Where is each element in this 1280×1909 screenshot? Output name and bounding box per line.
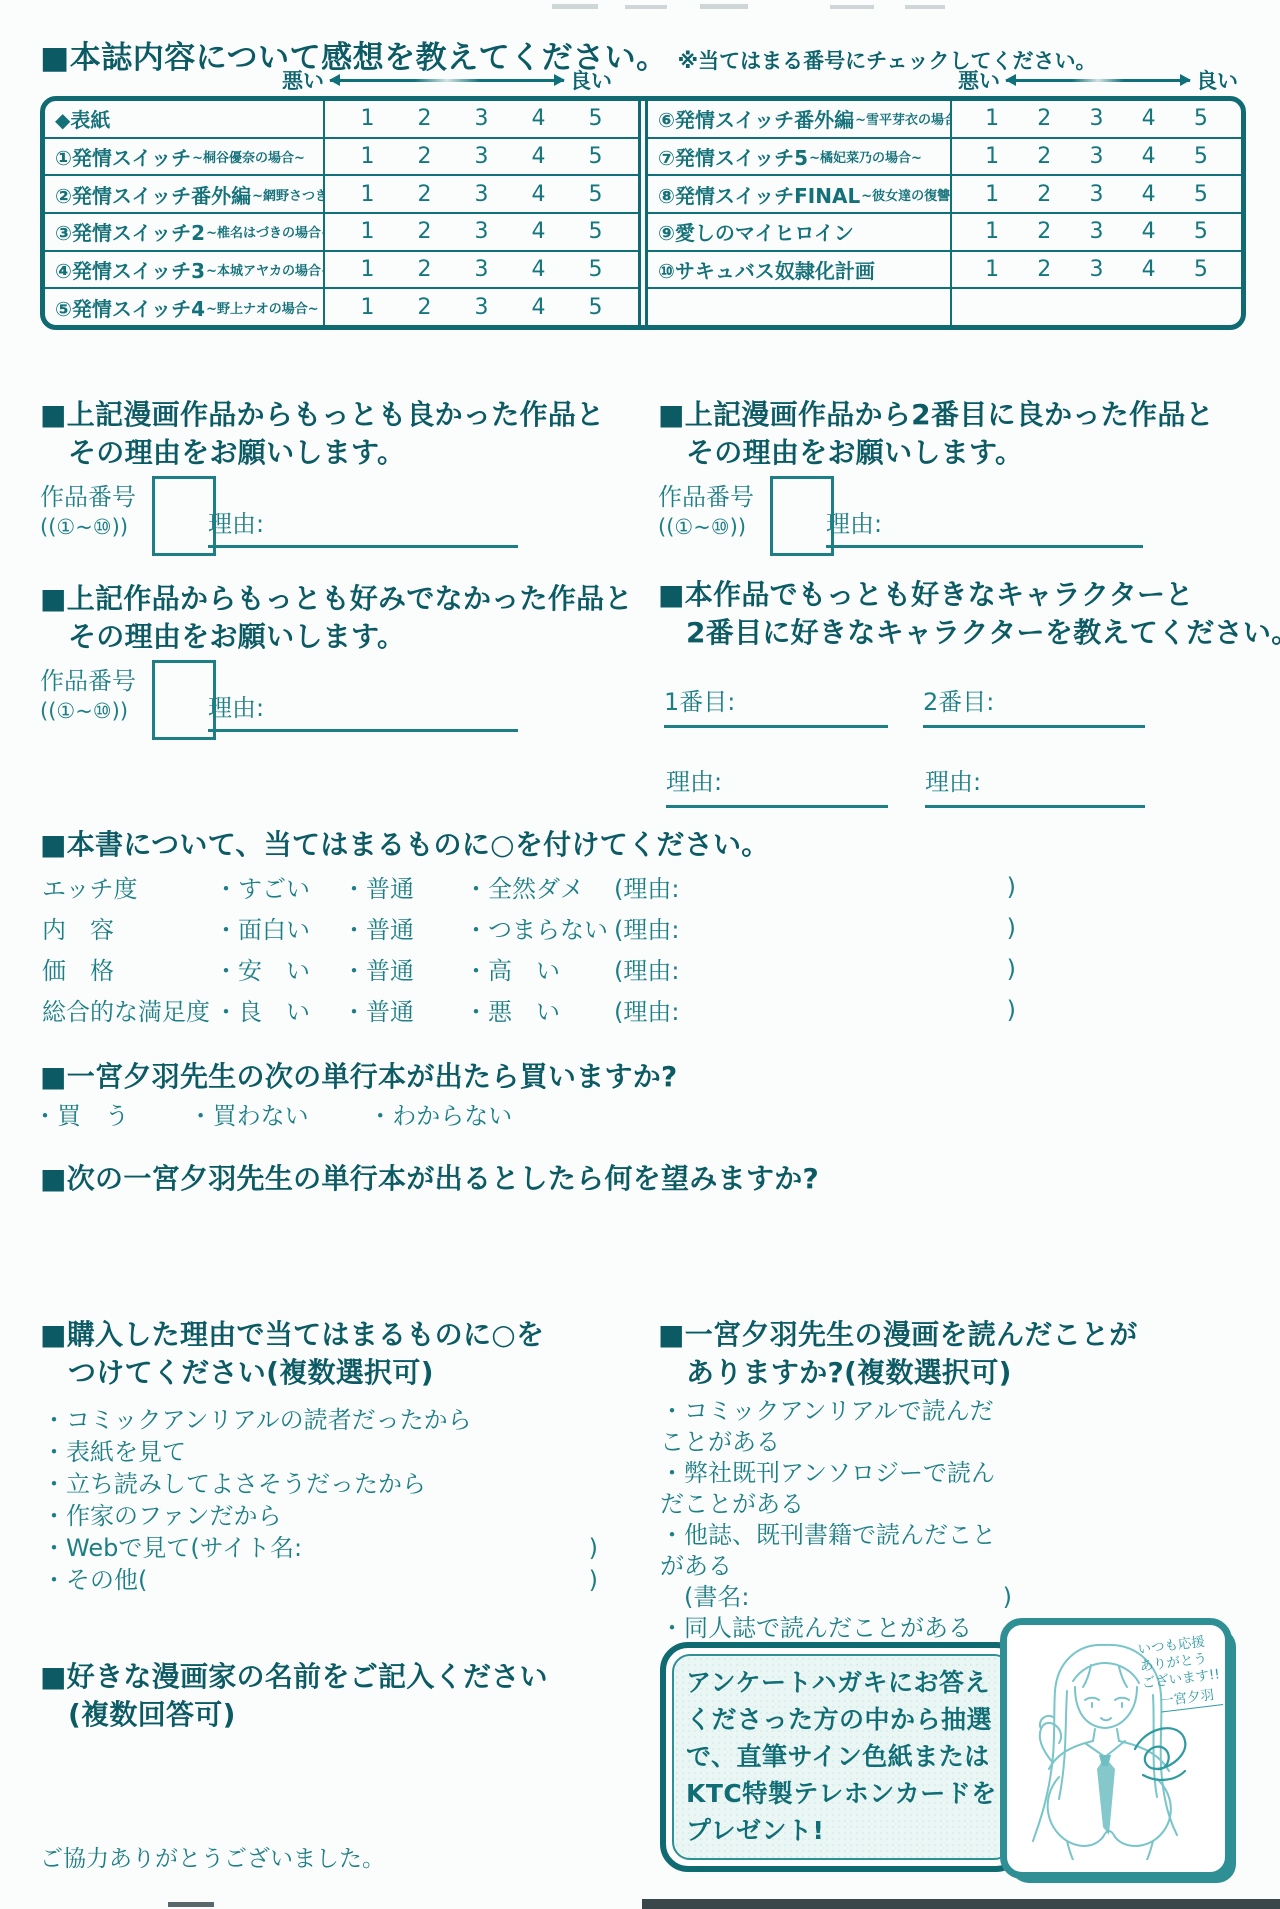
work-number-group-second: 作品番号 ((①~⑩)) 理由: [658,476,1143,550]
work-number-label: 作品番号 ((①~⑩)) [658,482,754,542]
rating-category: エッチ度 [42,869,214,904]
row-title: ⑦発情スイッチ5 [658,142,808,171]
row-title: ③発情スイッチ2 [55,217,205,246]
rating-scale: 12345 [323,289,638,325]
reason-open: (理由: [614,910,679,945]
heading-line: ■一宮夕羽先生の次の単行本が出たら買いますか? [40,1060,678,1093]
work-number-range: ((①~⑩)) [40,696,136,726]
table-row: ⑩サキュバス奴隷化計画 12345 [648,250,1241,288]
scale-number: 3 [475,144,489,169]
heading-line: ■上記漫画作品からもっとも良かった作品と [40,398,604,431]
list-item: (書名:) [660,1582,1012,1613]
heading-line: ■上記作品からもっとも好みでなかった作品と [40,582,633,615]
section-best-work-heading: ■上記漫画作品からもっとも良かった作品と その理由をお願いします。 [40,396,604,472]
heading-line: ■購入した理由で当てはまるものに○を [40,1318,544,1351]
row-subtitle: ~本城アヤカの場合~ [206,260,323,279]
scale-number: 2 [418,295,432,320]
prize-announcement-text: アンケートハガキにお答えくださった方の中から抽選で、直筆サイン色紙またはKTC特… [672,1654,1012,1860]
item-text: ・作家のファンだから [42,1500,282,1532]
row-title: ⑩サキュバス奴隷化計画 [658,255,875,284]
work-number-label: 作品番号 ((①~⑩)) [40,666,136,726]
scale-right: 悪い 良い [958,68,1238,92]
scale-number: 5 [589,257,603,282]
scale-number: 4 [1142,219,1156,244]
item-blank [147,1564,588,1596]
scale-number: 2 [1037,144,1051,169]
section-purchase-reason-heading: ■購入した理由で当てはまるものに○を つけてください(複数選択可) [40,1316,544,1392]
scale-good-label: 良い [570,65,612,95]
scale-number: 2 [418,106,432,131]
row-title: ◆表紙 [55,104,110,133]
work-number-box [152,476,216,556]
rating-option: ・面白い [214,910,342,945]
row-title: ④発情スイッチ3 [55,255,205,284]
reason-close: ) [1007,996,1016,1024]
row-subtitle: ~野上ナオの場合~ [206,298,319,317]
item-blank [749,1582,1002,1613]
rating-scale: 12345 [950,176,1241,212]
row-subtitle: ~椎名はづきの場合~ [206,222,323,241]
field-label: 理由: [666,768,722,796]
item-blank [186,1436,598,1468]
item-text: ・立ち読みしてよさそうだったから [42,1468,426,1500]
row-label: ⑨愛しのマイヒロイン [648,214,950,250]
item-close: ) [1003,1582,1012,1613]
heading-line: ■好きな漫画家の名前をご記入ください [40,1660,548,1693]
scale-number: 3 [475,106,489,131]
rating-option: ・良 い [214,992,342,1027]
scale-arrow-icon [330,79,564,82]
second-reason-field: 理由: [925,762,1145,808]
rating-option: ・すごい [214,869,342,904]
option-unsure: ・わからない [368,1102,512,1130]
item-text: ・表紙を見て [42,1436,186,1468]
author-message: いつも応援 ありがとう ございます!! 一宮夕羽 [1137,1632,1224,1714]
rating-option: ・普通 [342,910,464,945]
scale-number: 4 [1142,106,1156,131]
item-close: ) [589,1532,598,1564]
heading-line: ■本書について、当てはまるものに○を付けてください。 [40,828,770,861]
row-label: ⑩サキュバス奴隷化計画 [648,252,950,288]
scale-number: 1 [985,106,999,131]
item-blank [302,1532,589,1564]
table-row: ④発情スイッチ3~本城アヤカの場合~ 12345 [45,250,638,288]
list-item: ・他誌、既刊書籍で読んだことがある [660,1520,1012,1582]
scale-number: 2 [1037,182,1051,207]
reason-open: (理由: [614,869,679,904]
section-favorite-artists-heading: ■好きな漫画家の名前をご記入ください (複数回答可) [40,1658,548,1734]
option-not-buy: ・買わない [189,1102,309,1130]
table-row: ⑧発情スイッチFINAL~彼女達の復讐~ 12345 [648,174,1241,212]
work-number-range: ((①~⑩)) [40,512,136,542]
rating-option: ・悪 い [464,992,614,1027]
table-row: ⑥発情スイッチ番外編~雪平芽衣の場合~ 12345 [648,101,1241,137]
scale-number: 5 [1194,106,1208,131]
rating-category: 総合的な満足度 [42,992,214,1027]
scan-artifact [642,1899,1280,1909]
work-number-group-least: 作品番号 ((①~⑩)) 理由: [40,660,518,734]
scale-number: 1 [361,182,375,207]
row-subtitle: ~網野さつきの場合~ [252,185,323,204]
work-number-box [770,476,834,556]
section-read-before-heading: ■一宮夕羽先生の漫画を読んだことが ありますか?(複数選択可) [658,1316,1138,1392]
scale-number: 1 [985,182,999,207]
item-text: ・他誌、既刊書籍で読んだことがある [660,1520,1012,1582]
field-label: 2番目: [923,688,994,716]
scale-number: 5 [1194,144,1208,169]
row-label: ⑤発情スイッチ4~野上ナオの場合~ [45,289,323,325]
scale-number: 1 [985,219,999,244]
row-label: ③発情スイッチ2~椎名はづきの場合~ [45,214,323,250]
option-buy: ・買 う [33,1102,129,1130]
work-number-caption: 作品番号 [658,482,754,512]
rating-category: 価 格 [42,951,214,986]
reason-close: ) [1007,873,1016,901]
rating-table-right: ⑥発情スイッチ番外編~雪平芽衣の場合~ 12345 ⑦発情スイッチ5~橘妃菜乃の… [648,101,1241,325]
reason-close: ) [1007,914,1016,942]
scale-number: 3 [1089,257,1103,282]
item-text: ・コミックアンリアルで読んだことがある [660,1396,1012,1458]
row-title: ⑧発情スイッチFINAL [658,180,860,209]
scale-number: 3 [1089,219,1103,244]
row-title: ②発情スイッチ番外編 [55,180,251,209]
rating-option: ・安 い [214,951,342,986]
reason-label: 理由: [826,510,882,538]
scale-number: 2 [418,182,432,207]
reason-label: 理由: [208,510,264,538]
rating-scale: 12345 [323,139,638,175]
rating-scale [950,289,1241,325]
row-title: ⑥発情スイッチ番外編 [658,104,854,133]
row-subtitle: ~橘妃菜乃の場合~ [809,147,922,166]
work-number-caption: 作品番号 [40,482,136,512]
scale-number: 4 [532,106,546,131]
book-rating-row: エッチ度 ・すごい ・普通 ・全然ダメ (理由: ) [42,866,1016,907]
item-blank [282,1500,598,1532]
scale-number: 2 [1037,257,1051,282]
list-item: ・弊社既刊アンソロジーで読んだことがある [660,1458,1012,1520]
rating-scale: 12345 [950,252,1241,288]
list-item: ・同人誌で読んだことがある [660,1613,1012,1644]
rating-option: ・普通 [342,869,464,904]
scale-number: 3 [1089,182,1103,207]
row-subtitle: ~桐谷優奈の場合~ [192,147,305,166]
table-row: ①発情スイッチ~桐谷優奈の場合~ 12345 [45,137,638,175]
scale-bad-label: 悪い [958,65,1000,95]
table-row-empty [648,287,1241,325]
table-divider [638,101,648,325]
scale-number: 1 [361,295,375,320]
scale-number: 3 [475,257,489,282]
rating-scale: 12345 [950,139,1241,175]
item-text: ・コミックアンリアルの読者だったから [42,1404,472,1436]
rating-scale: 12345 [323,252,638,288]
book-rating-row: 内 容 ・面白い ・普通 ・つまらない (理由: ) [42,907,1016,948]
scale-number: 1 [985,257,999,282]
scale-number: 4 [532,144,546,169]
scale-number: 5 [1194,182,1208,207]
row-subtitle: ~雪平芽衣の場合~ [855,109,950,128]
first-reason-field: 理由: [666,762,888,808]
heading-line: ■一宮夕羽先生の漫画を読んだことが [658,1318,1138,1351]
scale-number: 1 [361,144,375,169]
row-subtitle: ~彼女達の復讐~ [861,185,950,204]
list-item: ・作家のファンだから [42,1500,598,1532]
reason-close: ) [1007,955,1016,983]
rating-scale: 12345 [323,176,638,212]
book-rating-rows: エッチ度 ・すごい ・普通 ・全然ダメ (理由: ) 内 容 ・面白い ・普通 … [42,866,1016,1030]
heading-line: ■本作品でもっとも好きなキャラクターと [658,578,1194,611]
work-number-range: ((①~⑩)) [658,512,754,542]
item-blank [472,1404,598,1436]
list-item: ・コミックアンリアルで読んだことがある [660,1396,1012,1458]
purchase-reason-list: ・コミックアンリアルの読者だったから ・表紙を見て ・立ち読みしてよさそうだった… [42,1404,598,1596]
author-signature: 一宮夕羽 [1159,1686,1223,1712]
rating-option: ・全然ダメ [464,869,614,904]
section-book-rating-heading: ■本書について、当てはまるものに○を付けてください。 [40,826,770,864]
scale-number: 4 [532,219,546,244]
item-text: ・弊社既刊アンソロジーで読んだことがある [660,1458,1012,1520]
prize-announcement-box: アンケートハガキにお答えくださった方の中から抽選で、直筆サイン色紙またはKTC特… [660,1642,1024,1872]
rating-option: ・高 い [464,951,614,986]
rating-scale: 12345 [950,101,1241,137]
scale-number: 1 [361,106,375,131]
reason-open: (理由: [614,992,679,1027]
section-next-book-heading: ■一宮夕羽先生の次の単行本が出たら買いますか? [40,1058,678,1096]
item-text: (書名: [660,1582,749,1613]
row-label: ①発情スイッチ~桐谷優奈の場合~ [45,139,323,175]
item-text: ・Webで見て(サイト名: [42,1532,302,1564]
scale-number: 5 [1194,219,1208,244]
second-character-field: 2番目: [923,682,1145,728]
field-label: 理由: [925,768,981,796]
scan-artifact [552,4,598,9]
next-book-options: ・買 う ・買わない ・わからない [33,1096,564,1131]
scale-number: 2 [418,257,432,282]
scale-number: 1 [985,144,999,169]
scale-number: 5 [1194,257,1208,282]
reason-open: (理由: [614,951,679,986]
item-text: ・同人誌で読んだことがある [660,1613,972,1644]
book-rating-row: 総合的な満足度 ・良 い ・普通 ・悪 い (理由: ) [42,989,1016,1030]
rating-scale: 12345 [323,214,638,250]
scale-number: 4 [532,295,546,320]
scale-number: 4 [1142,182,1156,207]
scale-good-label: 良い [1196,65,1238,95]
item-blank [426,1468,598,1500]
scan-artifact [625,5,667,9]
rating-table: ◆表紙 12345 ①発情スイッチ~桐谷優奈の場合~ 12345 ②発情スイッチ… [40,96,1246,330]
scale-number: 3 [1089,144,1103,169]
scale-number: 5 [589,182,603,207]
scale-bad-label: 悪い [282,65,324,95]
heading-line: 2番目に好きなキャラクターを教えてください。 [658,616,1280,649]
row-label: ⑧発情スイッチFINAL~彼女達の復讐~ [648,176,950,212]
section-favorite-character-heading: ■本作品でもっとも好きなキャラクターと 2番目に好きなキャラクターを教えてくださ… [658,576,1280,652]
scale-number: 5 [589,295,603,320]
heading-line: ありますか?(複数選択可) [658,1356,1012,1389]
heading-line: その理由をお願いします。 [658,436,1023,469]
section-least-favorite-heading: ■上記作品からもっとも好みでなかった作品と その理由をお願いします。 [40,580,633,656]
scale-number: 4 [1142,257,1156,282]
table-row: ◆表紙 12345 [45,101,638,137]
author-illustration-box: いつも応援 ありがとう ございます!! 一宮夕羽 [1000,1618,1232,1879]
heading-line: つけてください(複数選択可) [40,1356,434,1389]
rating-scale: 12345 [950,214,1241,250]
scale-left: 悪い 良い [282,68,612,92]
row-label: ◆表紙 [45,101,323,137]
first-character-field: 1番目: [664,682,888,728]
scale-number: 2 [418,219,432,244]
work-number-caption: 作品番号 [40,666,136,696]
list-item: ・Webで見て(サイト名:) [42,1532,598,1564]
reason-label: 理由: [208,694,264,722]
scale-number: 2 [418,144,432,169]
scale-number: 1 [361,219,375,244]
reason-field: 理由: [826,504,1143,548]
work-number-box [152,660,216,740]
rating-scale: 12345 [323,101,638,137]
field-label: 1番目: [664,688,735,716]
reason-field: 理由: [208,688,518,732]
work-number-group-best: 作品番号 ((①~⑩)) 理由: [40,476,518,550]
section-next-book-wish-heading: ■次の一宮夕羽先生の単行本が出るとしたら何を望みますか? [40,1160,819,1198]
scale-number: 5 [589,106,603,131]
table-row: ②発情スイッチ番外編~網野さつきの場合~ 12345 [45,174,638,212]
survey-form-page: ■本誌内容について感想を教えてください。 ※当てはまる番号にチェックしてください… [0,0,1280,1909]
work-number-label: 作品番号 ((①~⑩)) [40,482,136,542]
scale-number: 3 [475,182,489,207]
row-label: ②発情スイッチ番外編~網野さつきの場合~ [45,176,323,212]
table-row: ⑤発情スイッチ4~野上ナオの場合~ 12345 [45,287,638,325]
scan-artifact [700,4,748,9]
heading-line: その理由をお願いします。 [40,436,405,469]
scale-arrow-icon [1006,79,1190,82]
row-title: ①発情スイッチ [55,142,191,171]
scan-artifact [168,1902,214,1907]
scale-number: 2 [1037,106,1051,131]
table-row: ⑨愛しのマイヒロイン 12345 [648,212,1241,250]
list-item: ・立ち読みしてよさそうだったから [42,1468,598,1500]
heading-line: (複数回答可) [40,1698,236,1731]
scale-number: 3 [475,219,489,244]
scale-number: 1 [361,257,375,282]
footer-thanks: ご協力ありがとうございました。 [40,1840,385,1873]
heading-line: その理由をお願いします。 [40,620,405,653]
row-label: ⑥発情スイッチ番外編~雪平芽衣の場合~ [648,101,950,137]
reason-field: 理由: [208,504,518,548]
rating-category: 内 容 [42,910,214,945]
row-title: ⑤発情スイッチ4 [55,293,205,322]
scale-number: 5 [589,144,603,169]
scale-number: 4 [532,257,546,282]
heading-line: ■次の一宮夕羽先生の単行本が出るとしたら何を望みますか? [40,1162,819,1195]
row-label [648,289,950,325]
book-rating-row: 価 格 ・安 い ・普通 ・高 い (理由: ) [42,948,1016,989]
item-close: ) [589,1564,598,1596]
rating-option: ・普通 [342,992,464,1027]
section-second-best-heading: ■上記漫画作品から2番目に良かった作品と その理由をお願いします。 [658,396,1214,472]
scale-number: 4 [1142,144,1156,169]
rating-option: ・普通 [342,951,464,986]
row-label: ④発情スイッチ3~本城アヤカの場合~ [45,252,323,288]
rating-table-left: ◆表紙 12345 ①発情スイッチ~桐谷優奈の場合~ 12345 ②発情スイッチ… [45,101,638,325]
scan-artifact [830,5,874,9]
heading-line: ■上記漫画作品から2番目に良かった作品と [658,398,1214,431]
scale-number: 3 [475,295,489,320]
scale-number: 2 [1037,219,1051,244]
row-title: ⑨愛しのマイヒロイン [658,217,854,246]
list-item: ・コミックアンリアルの読者だったから [42,1404,598,1436]
scan-artifact [905,5,945,9]
scale-number: 3 [1089,106,1103,131]
scale-number: 4 [532,182,546,207]
list-item: ・その他() [42,1564,598,1596]
scale-number: 5 [589,219,603,244]
table-row: ③発情スイッチ2~椎名はづきの場合~ 12345 [45,212,638,250]
table-row: ⑦発情スイッチ5~橘妃菜乃の場合~ 12345 [648,137,1241,175]
rating-option: ・つまらない [464,910,614,945]
list-item: ・表紙を見て [42,1436,598,1468]
row-label: ⑦発情スイッチ5~橘妃菜乃の場合~ [648,139,950,175]
item-text: ・その他( [42,1564,147,1596]
